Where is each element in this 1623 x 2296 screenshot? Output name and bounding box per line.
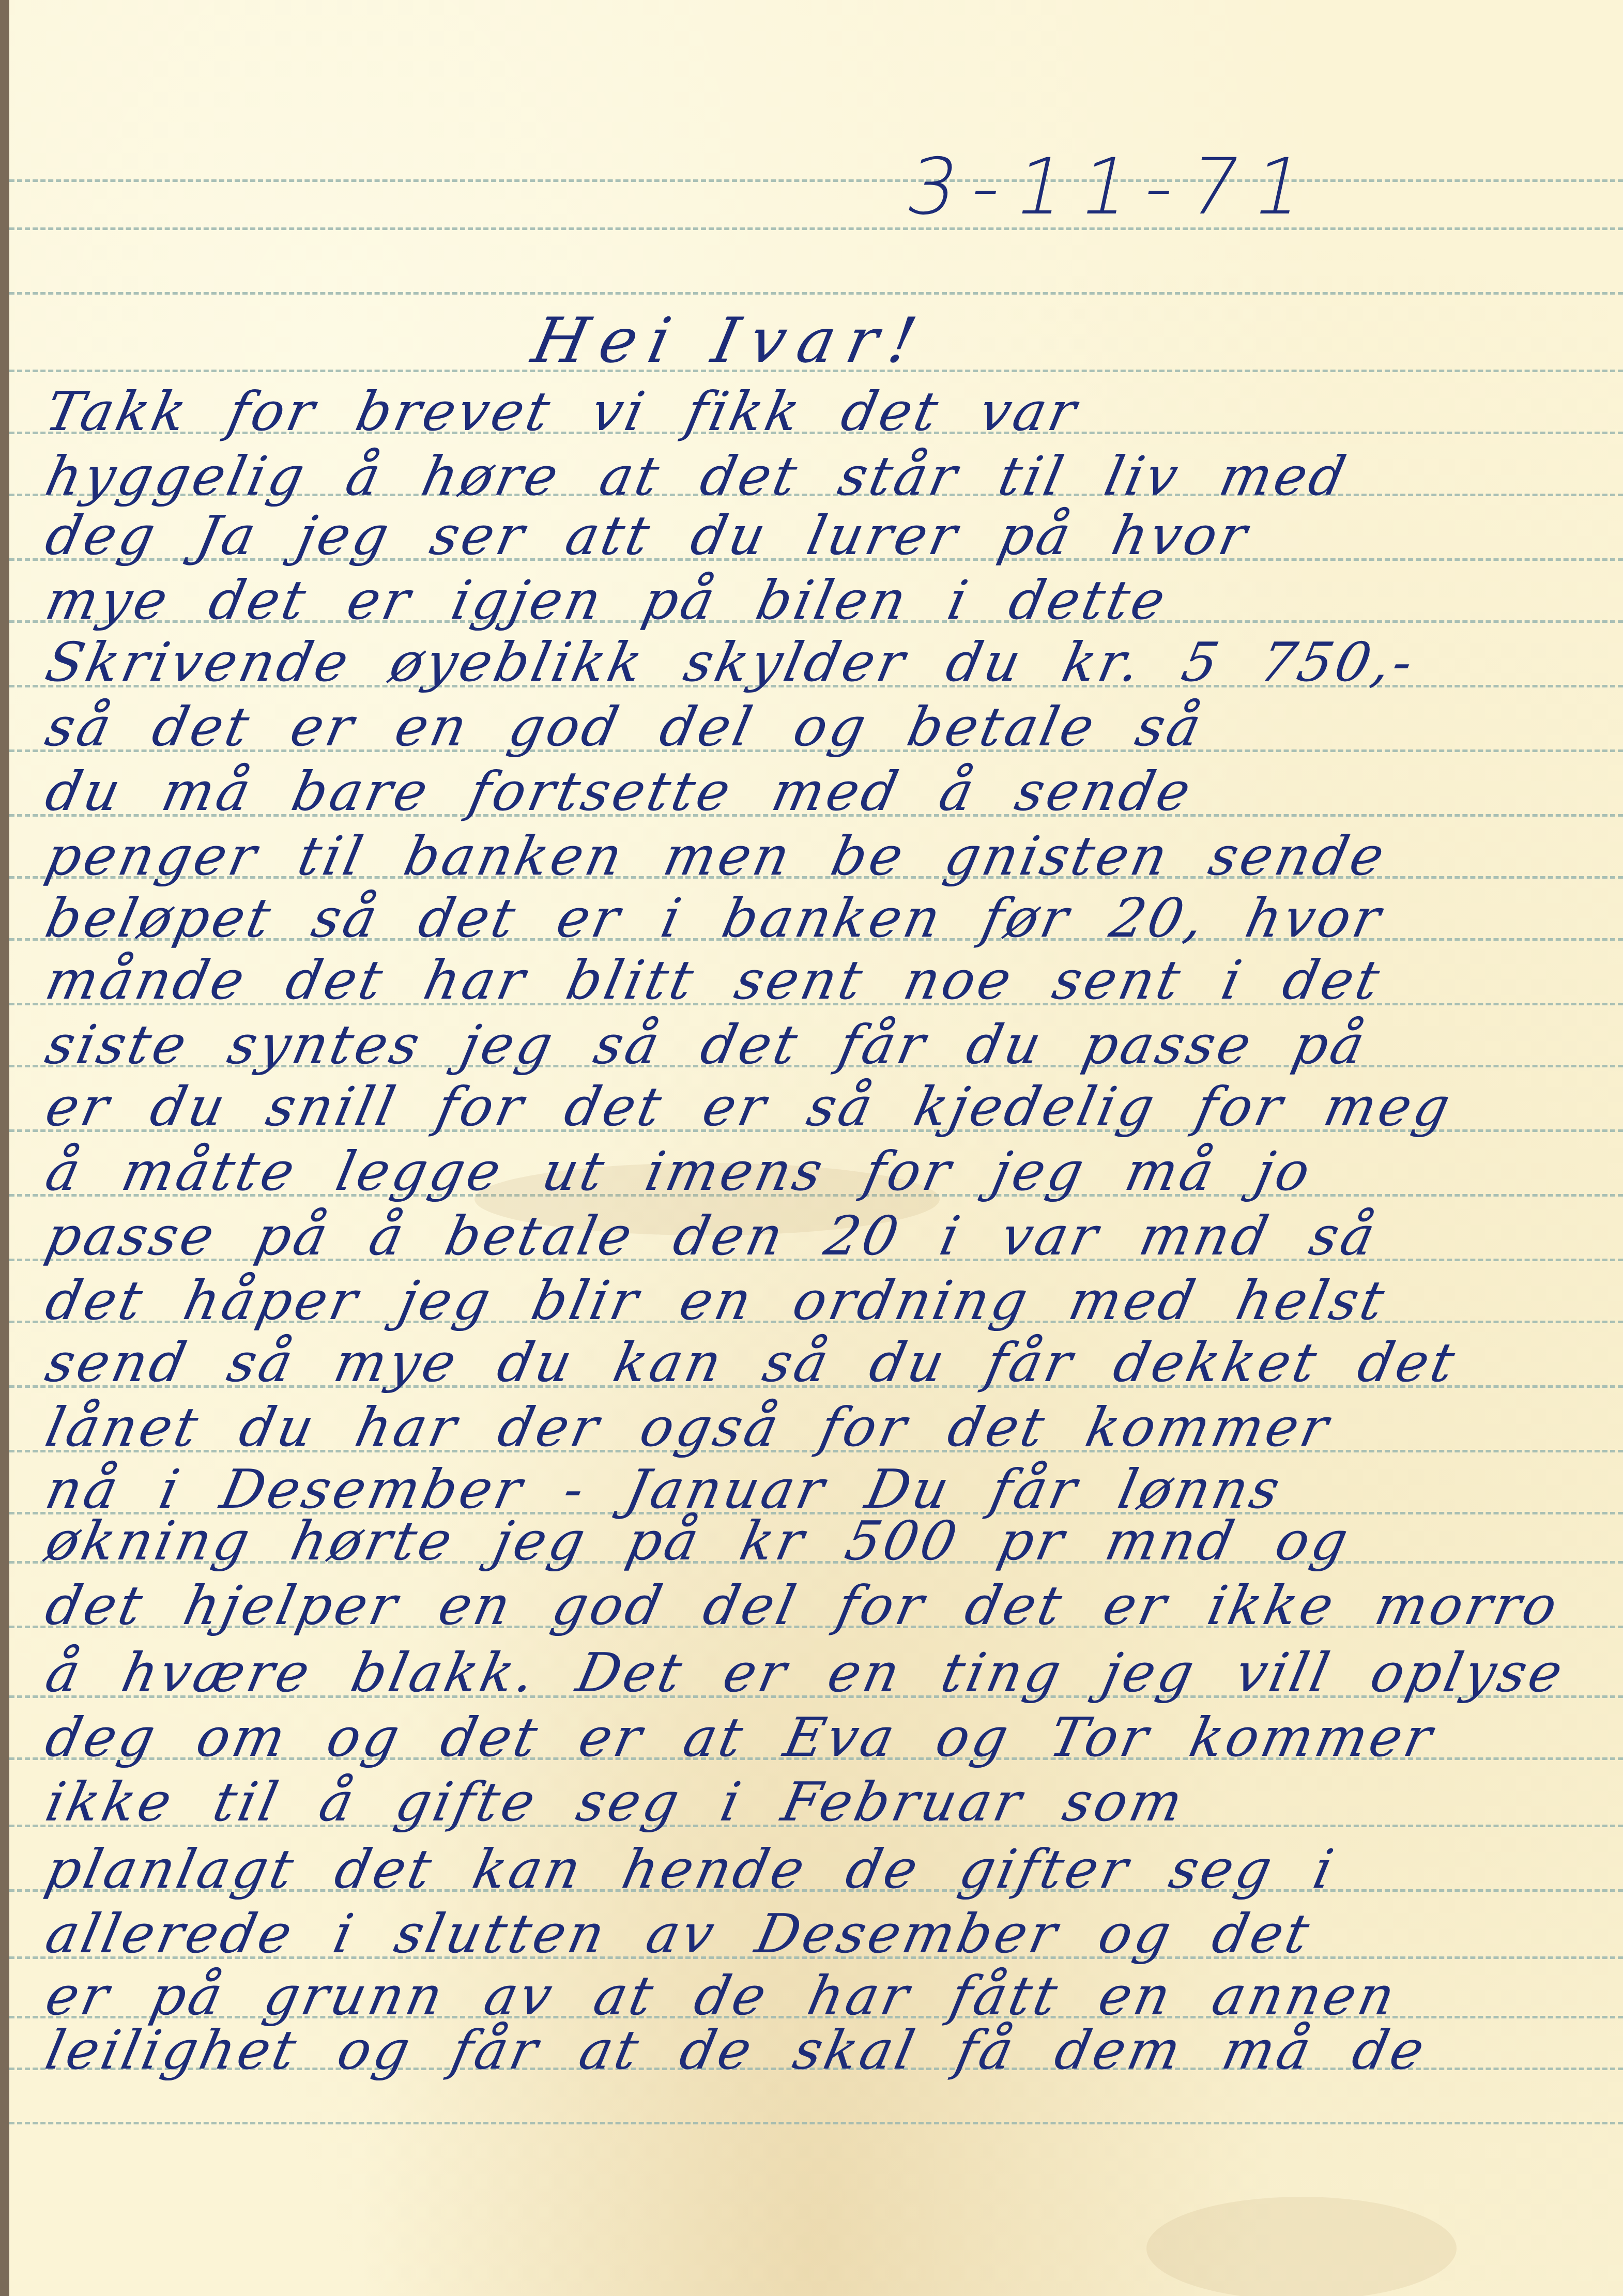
letter-date: 3-11-71	[898, 142, 1328, 232]
letter-line: passe på å betale den 20 i var mnd så	[40, 1204, 1383, 1267]
ruled-line	[9, 292, 1623, 295]
letter-line: er du snill for det er så kjedelig for m…	[40, 1075, 1458, 1138]
letter-line: ikke til å gifte seg i Februar som	[40, 1770, 1191, 1833]
letter-line: å hvære blakk. Det er en ting jeg vill o…	[40, 1641, 1571, 1704]
letter-paper: 3-11-71 Hei Ivar! Takk for brevet vi fik…	[0, 0, 1623, 2296]
letter-line: å måtte legge ut imens for jeg må jo	[40, 1140, 1319, 1203]
ruled-line	[9, 227, 1623, 230]
letter-line: penger til banken men be gnisten sende	[40, 824, 1392, 887]
letter-line: det håper jeg blir en ordning med helst	[40, 1269, 1392, 1332]
letter-line: Takk for brevet vi fikk det var	[40, 380, 1085, 443]
letter-line: månde det har blitt sent noe sent i det	[40, 948, 1388, 1012]
letter-line: deg Ja jeg ser att du lurer på hvor	[40, 504, 1255, 567]
letter-line: deg om og det er at Eva og Tor kommer	[40, 1706, 1441, 1769]
letter-line: det hjelper en god del for det er ikke m…	[40, 1574, 1566, 1637]
letter-line: er på grunn av at de har fått en annen	[40, 1964, 1403, 2027]
ruled-line	[9, 179, 1623, 182]
letter-line: så det er en god del og betale så	[40, 695, 1209, 758]
letter-line: Skrivende øyeblikk skylder du kr. 5 750,…	[40, 631, 1421, 694]
letter-line: hyggelig å høre at det står til liv med	[40, 445, 1354, 508]
letter-line: send så mye du kan så du får dekket det	[40, 1331, 1463, 1394]
letter-line: du må bare fortsette med å sende	[40, 760, 1199, 823]
letter-salutation: Hei Ivar!	[526, 305, 935, 377]
letter-line: beløpet så det er i banken før 20, hvor	[40, 886, 1389, 950]
letter-line: allerede i slutten av Desember og det	[40, 1902, 1318, 1965]
paper-stain	[1146, 2197, 1457, 2296]
letter-line: økning hørte jeg på kr 500 pr mnd og	[40, 1509, 1356, 1572]
letter-line: mye det er igjen på bilen i dette	[40, 569, 1174, 632]
letter-line: planlagt det kan hende de gifter seg i	[40, 1838, 1342, 1901]
letter-line: siste syntes jeg så det får du passe på	[40, 1013, 1373, 1076]
ruled-line	[9, 2122, 1623, 2124]
letter-line: leilighet og får at de skal få dem må de	[40, 2018, 1433, 2081]
letter-line: lånet du har der også for det kommer	[40, 1396, 1337, 1459]
